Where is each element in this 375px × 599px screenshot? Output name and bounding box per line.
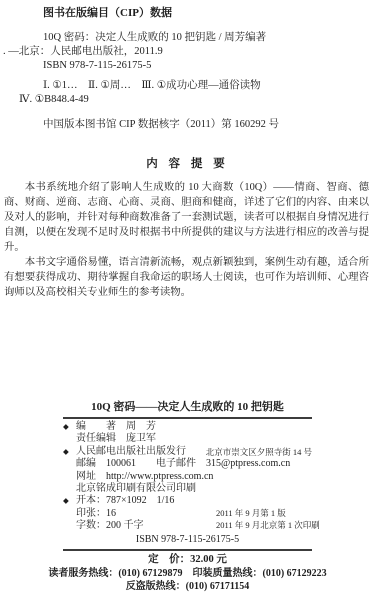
- edition-label: 2011 年 9 月第 1 版: [216, 507, 286, 519]
- colophon-row-publisher: ◆ 人民邮电出版社出版发行 北京市崇文区夕照寺街 14 号: [63, 446, 312, 458]
- format-label: 开本：787×1092 1/16: [76, 495, 174, 507]
- service-hotline-line: 读者服务热线：(010) 67129879 印装质量热线：(010) 67129…: [0, 567, 375, 581]
- cip-section: 图书在版编目（CIP）数据 10Q 密码：决定人生成败的 10 把钥匙 / 周芳…: [0, 6, 375, 132]
- book-title: 10Q 密码——决定人生成败的 10 把钥匙: [0, 398, 375, 414]
- colophon-row-editor: 责任编辑 庞卫军: [63, 433, 312, 445]
- cip-registry-line: 中国版本图书馆 CIP 数据核字（2011）第 160292 号: [43, 118, 375, 132]
- summary-paragraph-1: 本书系统地介绍了影响人生成败的 10 大商数（10Q）——情商、智商、德商、财商…: [0, 180, 375, 255]
- divider-rule-bottom: [63, 549, 312, 551]
- diamond-bullet-icon: ◆: [63, 495, 76, 507]
- cip-classification-line-1: Ⅰ. ①1… Ⅱ. ①周… Ⅲ. ①成功心理—通俗读物: [43, 79, 375, 93]
- colophon-row-wordcount-printing: 字数：200 千字 2011 年 9 月北京第 1 次印刷: [63, 520, 312, 532]
- website-label: 网址 http://www.ptpress.com.cn: [76, 471, 213, 483]
- sheets-label: 印张：16: [76, 508, 116, 520]
- cip-classification-line-2: Ⅳ. ①B848.4-49: [19, 93, 375, 107]
- editor-label: 责任编辑 庞卫军: [76, 433, 156, 445]
- cip-heading: 图书在版编目（CIP）数据: [43, 6, 375, 20]
- cip-title-line: 10Q 密码：决定人生成败的 10 把钥匙 / 周芳编著: [43, 31, 375, 45]
- summary-paragraph-2: 本书文字通俗易懂，语言清新流畅，观点新颖独到，案例生动有趣，适合所有想要获得成功…: [0, 255, 375, 300]
- printing-label: 2011 年 9 月北京第 1 次印刷: [216, 519, 320, 531]
- colophon-row-postcode-email: 邮编 100061 电子邮件 315@ptpress.com.cn: [63, 458, 312, 470]
- printer-label: 北京铭成印刷有限公司印刷: [76, 483, 196, 495]
- divider-rule-top: [63, 417, 312, 419]
- colophon-section: 10Q 密码——决定人生成败的 10 把钥匙 ◆ 编 著 周 芳 责任编辑 庞卫…: [0, 398, 375, 594]
- price-line: 定 价：32.00 元: [0, 553, 375, 567]
- colophon-isbn: ISBN 978-7-115-26175-5: [0, 534, 375, 546]
- diamond-bullet-icon: ◆: [63, 421, 76, 433]
- cip-publisher-line: . —北京：人民邮电出版社，2011.9: [3, 45, 375, 59]
- diamond-bullet-icon: ◆: [63, 446, 76, 458]
- wordcount-label: 字数：200 千字: [76, 520, 144, 532]
- cip-isbn-line: ISBN 978-7-115-26175-5: [43, 59, 375, 73]
- postcode-email-label: 邮编 100061 电子邮件 315@ptpress.com.cn: [76, 458, 290, 470]
- summary-heading: 内 容 提 要: [0, 155, 375, 171]
- author-label: 编 著 周 芳: [76, 421, 156, 433]
- content-summary-section: 内 容 提 要 本书系统地介绍了影响人生成败的 10 大商数（10Q）——情商、…: [0, 155, 375, 300]
- publisher-address: 北京市崇文区夕照寺街 14 号: [206, 446, 312, 458]
- colophon-row-printer: 北京铭成印刷有限公司印刷: [63, 483, 312, 495]
- antipiracy-hotline-line: 反盗版热线：(010) 67171154: [0, 580, 375, 594]
- colophon-row-author: ◆ 编 著 周 芳: [63, 421, 312, 433]
- colophon-row-website: 网址 http://www.ptpress.com.cn: [63, 471, 312, 483]
- colophon-rows: ◆ 编 著 周 芳 责任编辑 庞卫军 ◆ 人民邮电出版社出版发行 北京市崇文区夕…: [63, 421, 312, 533]
- publisher-label: 人民邮电出版社出版发行: [76, 446, 186, 458]
